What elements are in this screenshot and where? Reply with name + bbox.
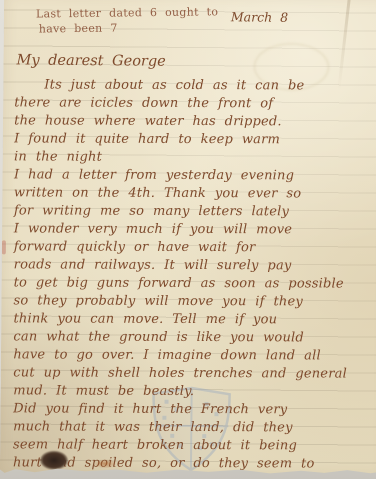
letter-line: seem half heart broken about it being xyxy=(13,436,369,455)
rust-stain xyxy=(94,459,116,468)
edge-stain xyxy=(2,240,6,254)
letter-line: there are icicles down the front of xyxy=(14,94,370,113)
ink-stain xyxy=(40,451,68,470)
pencil-annotation-line-1: Last letter dated 6 ought to xyxy=(36,5,218,20)
letter-line: I wonder very much if you will move xyxy=(14,220,370,239)
letter-line: I found it quite hard to keep warm xyxy=(14,130,370,149)
letter-line: the house where water has dripped. xyxy=(14,112,370,131)
letter-line: cut up with shell holes trenches and gen… xyxy=(13,364,369,383)
letter-paper: Last letter dated 6 ought to have been 7… xyxy=(0,0,376,479)
letter-line: can what the ground is like you would xyxy=(13,328,369,347)
scan-background: { "letter": { "annotation_line1": "Last … xyxy=(0,0,376,479)
letter-line: think you can move. Tell me if you xyxy=(13,310,369,329)
letter-line: Its just about as cold as it can be xyxy=(14,76,370,95)
pencil-annotation-line-2: have been 7 xyxy=(39,21,118,35)
letter-body: Its just about as cold as it can be ther… xyxy=(13,76,370,473)
letter-line: written on the 4th. Thank you ever so xyxy=(14,184,370,203)
letter-line: in the night xyxy=(14,148,370,167)
letter-line: much that it was their land, did they xyxy=(13,418,369,437)
letter-line: have to go over. I imagine down land all xyxy=(13,346,369,365)
letter-line: mud. It must be beastly. xyxy=(13,382,369,401)
letter-line: so they probably will move you if they xyxy=(14,292,370,311)
salutation: My dearest George xyxy=(16,52,165,69)
letter-line: for writing me so many letters lately xyxy=(14,202,370,221)
letter-line: forward quickly or have wait for xyxy=(14,238,370,257)
letter-date: March 8 xyxy=(231,9,288,24)
letter-line: to get big guns forward as soon as possi… xyxy=(14,274,370,293)
letter-line: I had a letter from yesterday evening xyxy=(14,166,370,185)
letter-line: roads and railways. It will surely pay xyxy=(14,256,370,275)
letter-line: Did you find it hurt the French very xyxy=(13,400,369,419)
